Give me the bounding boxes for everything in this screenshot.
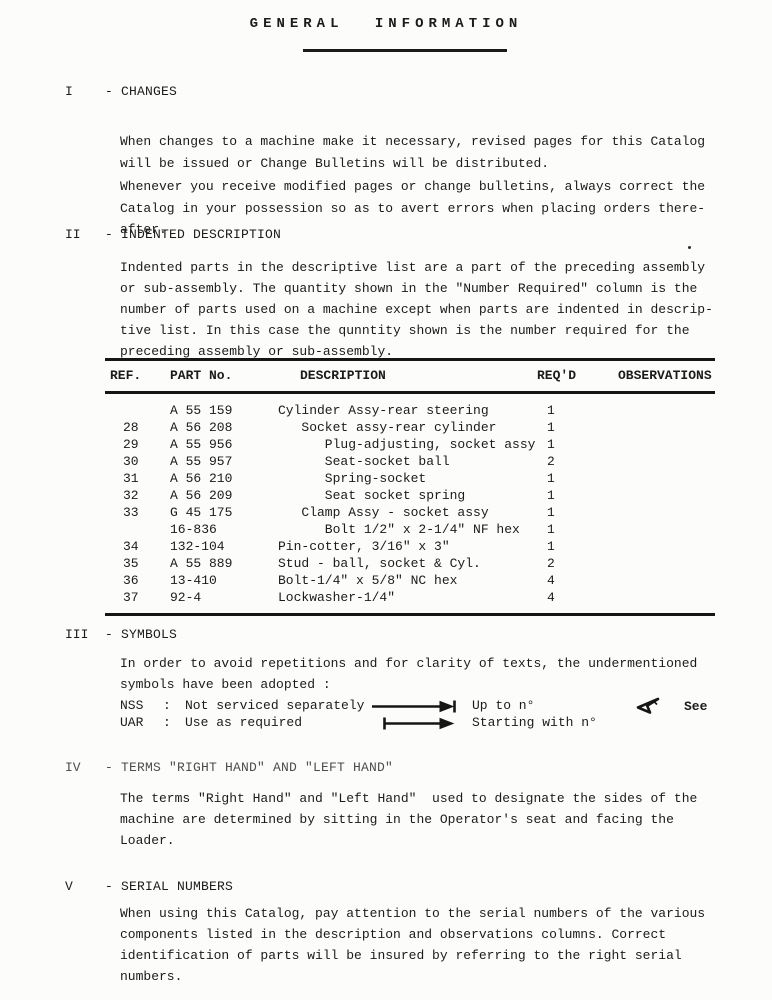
column-header-ref: REF.	[105, 361, 167, 391]
paragraph: In order to avoid repetitions and for cl…	[120, 653, 720, 695]
table-row: 32A 56 209 Seat socket spring1	[105, 487, 715, 504]
cell-ref: 30	[105, 453, 167, 470]
cell-part-no: G 45 175	[167, 504, 275, 521]
cell-reqd: 1	[537, 521, 613, 538]
cell-reqd: 1	[537, 436, 613, 453]
cell-part-no: A 56 209	[167, 487, 275, 504]
section-numeral: V	[65, 879, 73, 894]
section-heading-label: CHANGES	[121, 84, 177, 99]
section-heading-terms: IV - TERMS "RIGHT HAND" AND "LEFT HAND"	[0, 760, 772, 778]
section-heading-changes: I - CHANGES	[0, 84, 772, 102]
cell-description: Bolt-1/4" x 5/8" NC hex	[275, 572, 537, 589]
section-heading-label: INDENTED DESCRIPTION	[121, 227, 281, 242]
cell-part-no: 132-104	[167, 538, 275, 555]
cell-part-no: A 56 210	[167, 470, 275, 487]
section-numeral: III	[65, 627, 88, 642]
cell-description: Lockwasher-1/4"	[275, 589, 537, 606]
cell-description: Spring-socket	[275, 470, 537, 487]
catalog-page: GENERAL INFORMATION I - CHANGES When cha…	[0, 0, 772, 1000]
cell-description: Clamp Assy - socket assy	[275, 504, 537, 521]
paragraph: When using this Catalog, pay attention t…	[120, 903, 720, 987]
arrow-up-to-label: Up to n°	[472, 698, 534, 714]
scan-artifact-dot	[688, 246, 691, 249]
table-row: 16-836 Bolt 1/2" x 2-1/4" NF hex1	[105, 521, 715, 538]
cell-ref: 37	[105, 589, 167, 606]
legend-meaning-uar: Use as required	[185, 715, 302, 731]
cell-ref: 31	[105, 470, 167, 487]
cell-ref: 32	[105, 487, 167, 504]
cell-ref: 29	[105, 436, 167, 453]
paragraph: Indented parts in the descriptive list a…	[120, 257, 720, 362]
cell-description: Cylinder Assy-rear steering	[275, 402, 537, 419]
parts-table: REF. PART No. DESCRIPTION REQ'D OBSERVAT…	[105, 358, 715, 616]
cell-part-no: 92-4	[167, 589, 275, 606]
cell-ref: 28	[105, 419, 167, 436]
section-heading-indented-description: II - INDENTED DESCRIPTION	[0, 227, 772, 245]
column-header-reqd: REQ'D	[537, 361, 613, 391]
section-heading-symbols: III - SYMBOLS	[0, 627, 772, 645]
table-row: 34132-104Pin-cotter, 3/16" x 3"1	[105, 538, 715, 555]
page-title: GENERAL INFORMATION	[0, 16, 772, 32]
table-row: 29A 55 956 Plug-adjusting, socket assy1	[105, 436, 715, 453]
column-header-part-no: PART No.	[167, 361, 275, 391]
heading-dash: -	[105, 84, 113, 99]
cell-part-no: A 56 208	[167, 419, 275, 436]
cell-part-no: A 55 957	[167, 453, 275, 470]
table-row: 28A 56 208 Socket assy-rear cylinder1	[105, 419, 715, 436]
arrow-starting-label: Starting with n°	[472, 715, 597, 731]
cell-description: Pin-cotter, 3/16" x 3"	[275, 538, 537, 555]
paragraph: When changes to a machine make it necess…	[120, 131, 720, 174]
legend-abbr-uar: UAR	[120, 715, 143, 731]
cell-ref: 33	[105, 504, 167, 521]
cell-description: Socket assy-rear cylinder	[275, 419, 537, 436]
table-header-row: REF. PART No. DESCRIPTION REQ'D OBSERVAT…	[105, 361, 715, 394]
cell-reqd: 1	[537, 538, 613, 555]
heading-dash: -	[105, 627, 113, 642]
cell-reqd: 1	[537, 487, 613, 504]
table-row: 30A 55 957 Seat-socket ball2	[105, 453, 715, 470]
cell-ref: 34	[105, 538, 167, 555]
cell-reqd: 4	[537, 589, 613, 606]
arrow-up-to-icon	[371, 700, 457, 717]
cell-description: Bolt 1/2" x 2-1/4" NF hex	[275, 521, 537, 538]
table-row: 33G 45 175 Clamp Assy - socket assy1	[105, 504, 715, 521]
cell-reqd: 1	[537, 419, 613, 436]
legend-colon: :	[163, 698, 171, 714]
pointer-hand-icon	[634, 697, 660, 721]
section-heading-label: TERMS "RIGHT HAND" AND "LEFT HAND"	[121, 760, 393, 775]
table-row: A 55 159Cylinder Assy-rear steering1	[105, 402, 715, 419]
column-header-observations: OBSERVATIONS	[613, 361, 715, 391]
table-row: 35A 55 889Stud - ball, socket & Cyl.2	[105, 555, 715, 572]
table-row: 31A 56 210 Spring-socket1	[105, 470, 715, 487]
section-numeral: II	[65, 227, 81, 242]
cell-description: Stud - ball, socket & Cyl.	[275, 555, 537, 572]
table-row: 3613-410Bolt-1/4" x 5/8" NC hex4	[105, 572, 715, 589]
section-heading-label: SERIAL NUMBERS	[121, 879, 233, 894]
cell-description: Plug-adjusting, socket assy	[275, 436, 537, 453]
cell-ref	[105, 402, 167, 419]
cell-part-no: 13-410	[167, 572, 275, 589]
table-row: 3792-4Lockwasher-1/4"4	[105, 589, 715, 606]
cell-ref	[105, 521, 167, 538]
cell-description: Seat socket spring	[275, 487, 537, 504]
column-header-description: DESCRIPTION	[275, 361, 537, 391]
cell-reqd: 1	[537, 402, 613, 419]
heading-dash: -	[105, 760, 113, 775]
legend-colon: :	[163, 715, 171, 731]
see-label: See	[684, 699, 707, 715]
cell-reqd: 2	[537, 555, 613, 572]
legend-meaning-nss: Not serviced separately	[185, 698, 364, 714]
cell-description: Seat-socket ball	[275, 453, 537, 470]
section-heading-serial-numbers: V - SERIAL NUMBERS	[0, 879, 772, 897]
cell-part-no: A 55 889	[167, 555, 275, 572]
title-underline	[303, 49, 507, 52]
section-numeral: I	[65, 84, 73, 99]
cell-ref: 36	[105, 572, 167, 589]
cell-ref: 35	[105, 555, 167, 572]
cell-part-no: A 55 159	[167, 402, 275, 419]
cell-reqd: 1	[537, 504, 613, 521]
heading-dash: -	[105, 879, 113, 894]
cell-part-no: A 55 956	[167, 436, 275, 453]
cell-reqd: 4	[537, 572, 613, 589]
cell-part-no: 16-836	[167, 521, 275, 538]
arrow-starting-icon	[383, 717, 457, 734]
legend-abbr-nss: NSS	[120, 698, 143, 714]
cell-reqd: 1	[537, 470, 613, 487]
section-heading-label: SYMBOLS	[121, 627, 177, 642]
section-numeral: IV	[65, 760, 81, 775]
cell-reqd: 2	[537, 453, 613, 470]
table-body: A 55 159Cylinder Assy-rear steering1 28A…	[105, 394, 715, 616]
heading-dash: -	[105, 227, 113, 242]
paragraph: The terms "Right Hand" and "Left Hand" u…	[120, 788, 720, 851]
